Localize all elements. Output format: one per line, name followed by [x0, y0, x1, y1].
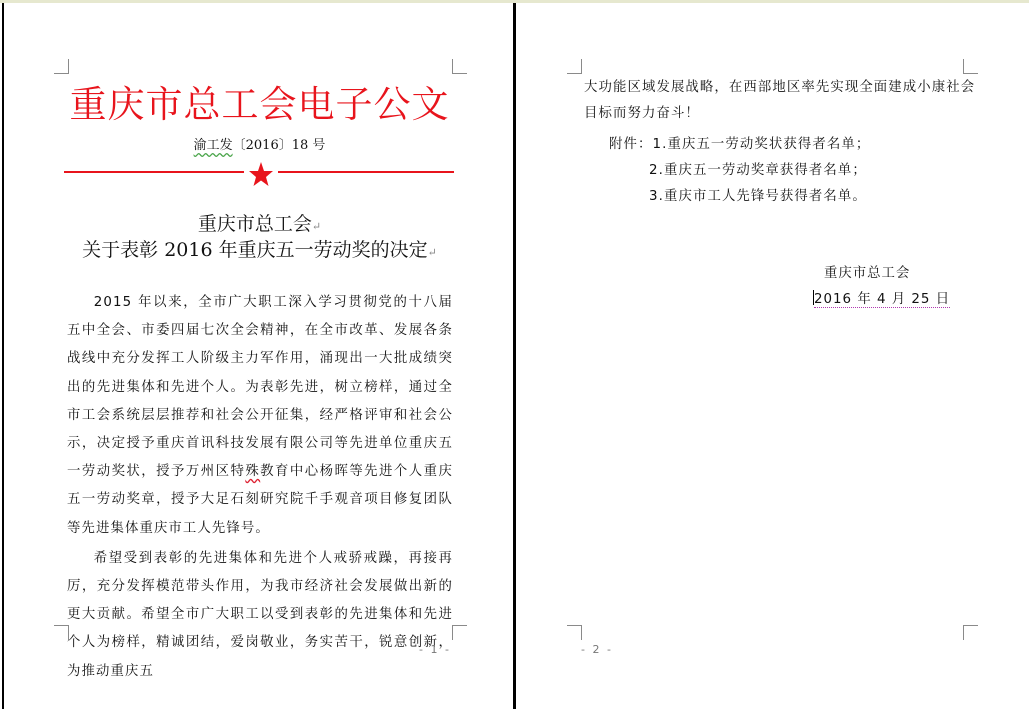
document-heading-line2: 关于表彰 2016 年重庆五一劳动奖的决定↵	[4, 237, 515, 266]
red-star-icon	[248, 161, 274, 187]
page-gap-divider	[513, 3, 516, 709]
org-red-header-title: 重庆市总工会电子公文	[4, 81, 515, 129]
doc-number-prefix: 渝工发	[194, 138, 233, 153]
crop-mark-top-right	[452, 59, 467, 74]
red-separator-left	[64, 171, 244, 173]
attachment-label: 附件：	[609, 137, 652, 152]
attachment-item: 3.重庆市工人先锋号获得者名单。	[649, 189, 867, 204]
signature-date[interactable]: 2016 年 4 月 25 日	[813, 288, 950, 307]
document-heading-line1: 重庆市总工会↵	[4, 211, 515, 240]
doc-number-rest: 〔2016〕18 号	[233, 138, 326, 153]
continuation-paragraph: 大功能区域发展战略，在西部地区率先实现全面建成小康社会目标而努力奋斗！	[584, 75, 979, 127]
document-number: 渝工发〔2016〕18 号	[4, 136, 515, 156]
attachment-row-1: 附件：1.重庆五一劳动奖状获得者名单；	[609, 133, 870, 152]
crop-mark-bottom-left	[567, 625, 582, 640]
date-field[interactable]: 2016 年 4 月 25 日	[814, 292, 950, 308]
document-page-2[interactable]: 大功能区域发展战略，在西部地区率先实现全面建成小康社会目标而努力奋斗！ 附件：1…	[517, 3, 1029, 709]
body-paragraph-1: 2015 年以来，全市广大职工深入学习贯彻党的十八届五中全会、市委四届七次全会精…	[67, 289, 453, 543]
crop-mark-bottom-right	[452, 625, 467, 640]
body-paragraph-2: 希望受到表彰的先进集体和先进个人戒骄戒躁，再接再厉，充分发挥模范带头作用，为我市…	[67, 545, 453, 686]
attachment-item: 2.重庆五一劳动奖章获得者名单；	[649, 163, 867, 178]
attachment-row-2: 2.重庆五一劳动奖章获得者名单；	[649, 159, 867, 178]
red-separator-right	[278, 171, 454, 173]
page-number-2: - 2 -	[581, 643, 613, 656]
crop-mark-top-right	[963, 59, 978, 74]
signature-org: 重庆市总工会	[824, 262, 910, 281]
crop-mark-top-left	[567, 59, 582, 74]
document-page-1[interactable]: 重庆市总工会电子公文 渝工发〔2016〕18 号 重庆市总工会↵ 关于表彰 20…	[2, 3, 515, 709]
page-number-1: - 1 -	[419, 643, 451, 656]
crop-mark-bottom-right	[963, 625, 978, 640]
attachment-row-3: 3.重庆市工人先锋号获得者名单。	[649, 185, 867, 204]
crop-mark-top-left	[54, 59, 69, 74]
document-body[interactable]: 2015 年以来，全市广大职工深入学习贯彻党的十八届五中全会、市委四届七次全会精…	[67, 289, 453, 686]
attachment-item: 1.重庆五一劳动奖状获得者名单；	[652, 137, 870, 152]
spellcheck-word: 殊	[245, 464, 260, 479]
